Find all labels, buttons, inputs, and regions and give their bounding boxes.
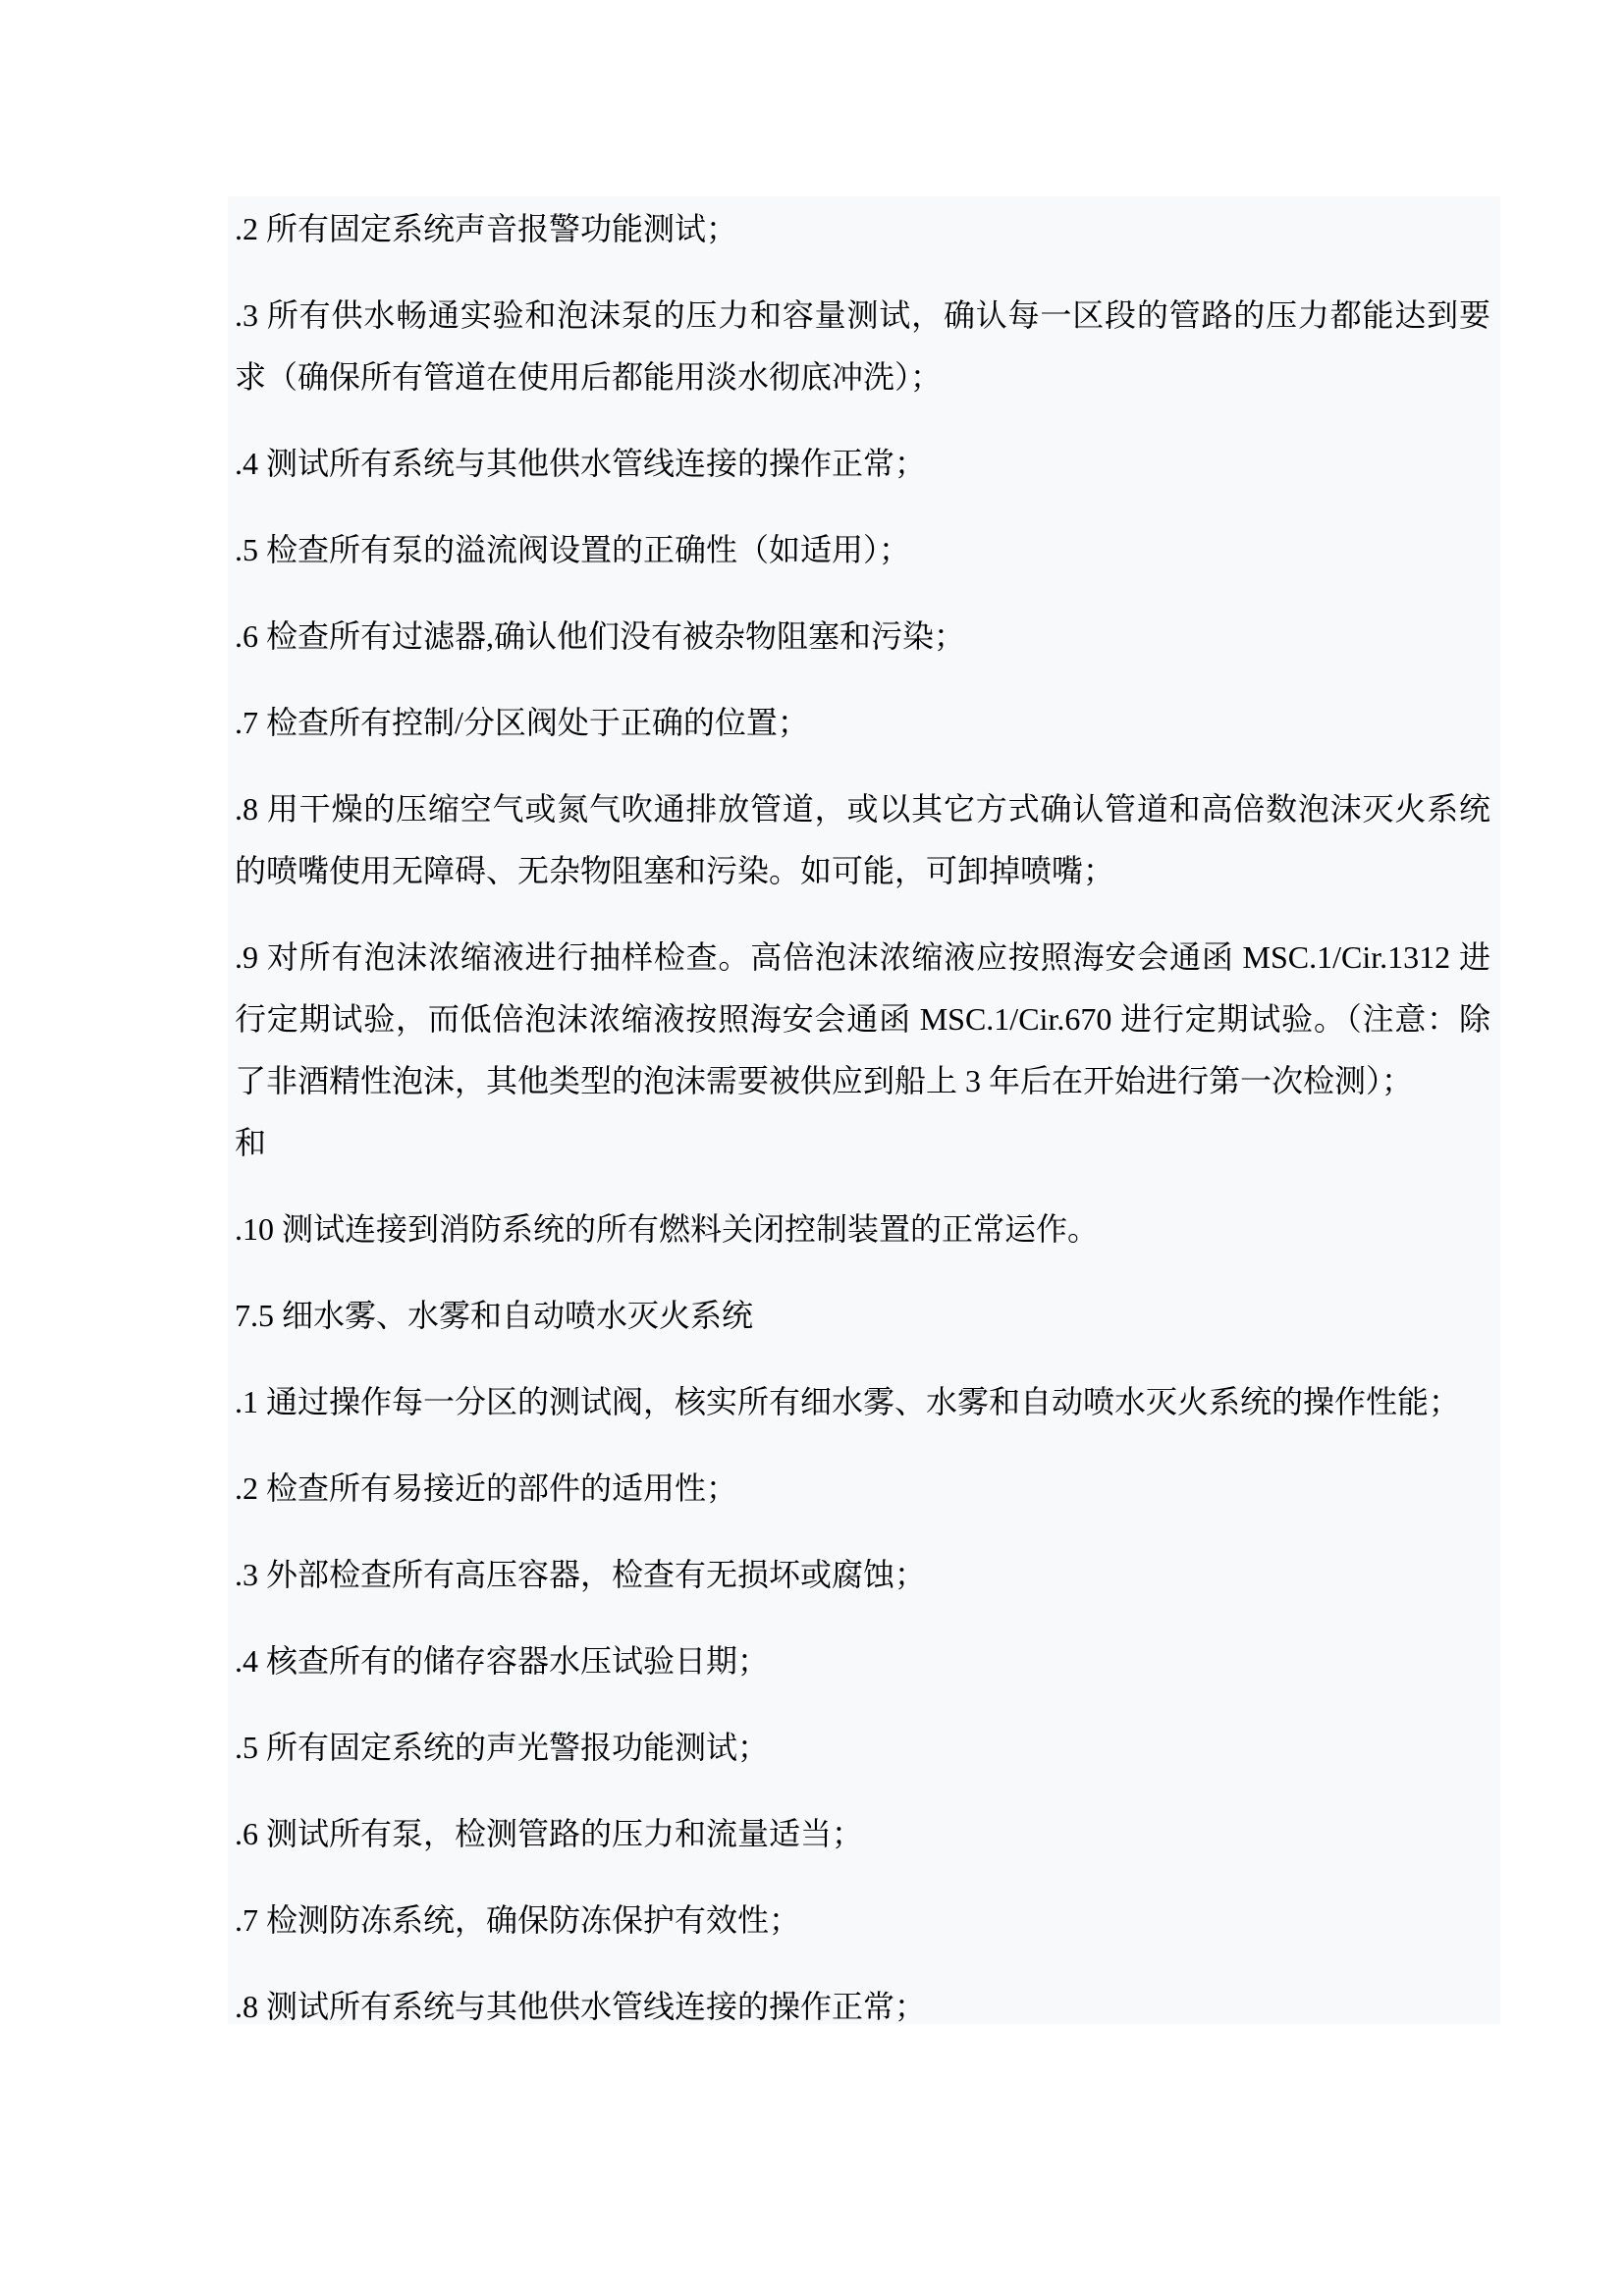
section-7-5-heading: 7.5 细水雾、水雾和自动喷水灭火系统 xyxy=(235,1285,1490,1347)
list-item-7-5-4: .4 核查所有的储存容器水压试验日期； xyxy=(235,1630,1490,1692)
list-item-7-4-7: .7 检查所有控制/分区阀处于正确的位置； xyxy=(235,692,1490,754)
list-item-7-5-5: .5 所有固定系统的声光警报功能测试； xyxy=(235,1717,1490,1779)
list-item-7-4-6: .6 检查所有过滤器,确认他们没有被杂物阻塞和污染； xyxy=(235,606,1490,667)
list-item-7-5-1: .1 通过操作每一分区的测试阀，核实所有细水雾、水雾和自动喷水灭火系统的操作性能… xyxy=(235,1371,1490,1433)
list-item-7-4-5: .5 检查所有泵的溢流阀设置的正确性（如适用）； xyxy=(235,519,1490,581)
list-item-7-4-4: .4 测试所有系统与其他供水管线连接的操作正常； xyxy=(235,433,1490,495)
list-item-7-4-2: .2 所有固定系统声音报警功能测试； xyxy=(235,198,1490,260)
list-item-7-4-9: .9 对所有泡沫浓缩液进行抽样检查。高倍泡沫浓缩液应按照海安会通函 MSC.1/… xyxy=(235,927,1490,1112)
list-item-7-4-9-continuation: 和 xyxy=(235,1112,1490,1174)
list-item-7-5-8: .8 测试所有系统与其他供水管线连接的操作正常； xyxy=(235,1976,1490,2038)
page-background: { "page": { "background_color": "#ffffff… xyxy=(0,0,1624,2296)
list-item-7-5-3: .3 外部检查所有高压容器，检查有无损坏或腐蚀； xyxy=(235,1544,1490,1606)
list-item-7-5-6: .6 测试所有泵，检测管路的压力和流量适当； xyxy=(235,1803,1490,1865)
list-item-7-4-3: .3 所有供水畅通实验和泡沫泵的压力和容量测试，确认每一区段的管路的压力都能达到… xyxy=(235,285,1490,408)
document-page: .2 所有固定系统声音报警功能测试； .3 所有供水畅通实验和泡沫泵的压力和容量… xyxy=(228,196,1500,2024)
list-item-7-4-8: .8 用干燥的压缩空气或氮气吹通排放管道，或以其它方式确认管道和高倍数泡沫灭火系… xyxy=(235,778,1490,902)
list-item-7-5-2: .2 检查所有易接近的部件的适用性； xyxy=(235,1458,1490,1520)
list-item-7-4-10: .10 测试连接到消防系统的所有燃料关闭控制装置的正常运作。 xyxy=(235,1199,1490,1260)
list-item-7-5-7: .7 检测防冻系统，确保防冻保护有效性； xyxy=(235,1890,1490,1951)
